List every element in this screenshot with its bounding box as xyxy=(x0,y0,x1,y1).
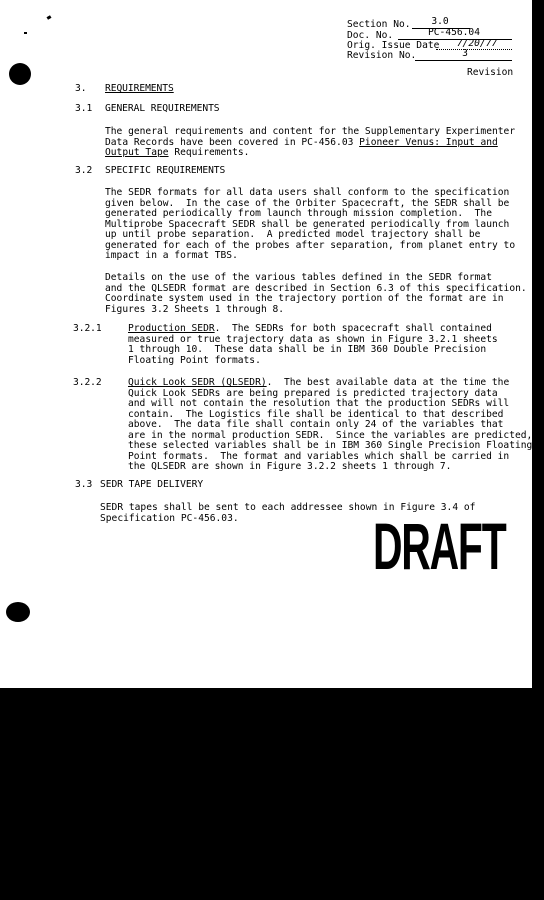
section-3-3-number: 3.3 xyxy=(75,480,92,491)
revision-label: Revision No. xyxy=(347,51,416,61)
speck xyxy=(24,32,27,34)
paragraph-line: Production SEDR. The SEDRs for both spac… xyxy=(128,324,498,335)
paragraph-line: Floating Point formats. xyxy=(128,356,498,367)
punch-hole-top xyxy=(9,63,31,85)
section-3-1-number: 3.1 xyxy=(75,104,92,115)
revision-value: 3 xyxy=(455,49,475,59)
paragraph-line: The SEDR formats for all data users shal… xyxy=(105,188,515,199)
paragraph-line: Coordinate system used in the trajectory… xyxy=(105,294,527,305)
paragraph-line: Figures 3.2 Sheets 1 through 8. xyxy=(105,305,527,316)
issue-date-value: 7/20/77 xyxy=(452,39,502,49)
section-3-2-paragraph-2: Details on the use of the various tables… xyxy=(105,273,527,315)
section-3-2-2-body: Quick Look SEDR (QLSEDR). The best avail… xyxy=(128,378,532,473)
section-3-2-1-body: Production SEDR. The SEDRs for both spac… xyxy=(128,324,498,366)
section-3-title: REQUIREMENTS xyxy=(105,84,174,95)
paragraph-line: Quick Look SEDR (QLSEDR). The best avail… xyxy=(128,378,532,389)
pioneer-venus-reference: Pioneer Venus: Input and xyxy=(359,137,498,148)
section-3-1-title: GENERAL REQUIREMENTS xyxy=(105,104,220,115)
section-3-2-2-number: 3.2.2 xyxy=(73,378,102,389)
paragraph-line: 1 through 10. These data shall be in IBM… xyxy=(128,345,498,356)
paragraph-line: impact in a format TBS. xyxy=(105,251,515,262)
section-value: 3.0 xyxy=(420,17,460,27)
section-label: Section No. xyxy=(347,20,411,30)
draft-stamp: DRAFT xyxy=(373,516,505,576)
section-3-2-paragraph-1: The SEDR formats for all data users shal… xyxy=(105,188,515,262)
paragraph-line: and will not contain the resolution that… xyxy=(128,399,532,410)
paragraph-line: Details on the use of the various tables… xyxy=(105,273,527,284)
doc-value: PC-456.04 xyxy=(424,28,484,38)
paragraph-line: the QLSEDR are shown in Figure 3.2.2 she… xyxy=(128,462,532,473)
paragraph-line: above. The data file shall contain only … xyxy=(128,420,532,431)
document-page: Section No. 3.0 Doc. No. PC-456.04 Orig.… xyxy=(0,0,532,688)
section-3-2-title: SPECIFIC REQUIREMENTS xyxy=(105,166,225,177)
revision-underline xyxy=(415,60,512,61)
quick-look-sedr-heading: Quick Look SEDR (QLSEDR) xyxy=(128,377,267,388)
section-3-1-body: The general requirements and content for… xyxy=(105,127,515,159)
revision-note: Revision xyxy=(467,68,513,78)
paragraph-line: up until probe separation. A predicted m… xyxy=(105,230,515,241)
section-3-2-number: 3.2 xyxy=(75,166,92,177)
production-sedr-heading: Production SEDR xyxy=(128,323,215,334)
section-3-number: 3. xyxy=(75,84,86,95)
paragraph-line: generated periodically from launch throu… xyxy=(105,209,515,220)
scan-edge xyxy=(532,0,544,900)
paragraph-line: these selected variables shall be in IBM… xyxy=(128,441,532,452)
speck xyxy=(47,15,52,20)
paragraph-line: Output Tape Requirements. xyxy=(105,148,515,159)
section-3-2-1-number: 3.2.1 xyxy=(73,324,102,335)
punch-hole-bottom xyxy=(6,602,30,622)
section-3-3-title: SEDR TAPE DELIVERY xyxy=(100,480,203,491)
output-tape-reference: Output Tape xyxy=(105,147,169,158)
